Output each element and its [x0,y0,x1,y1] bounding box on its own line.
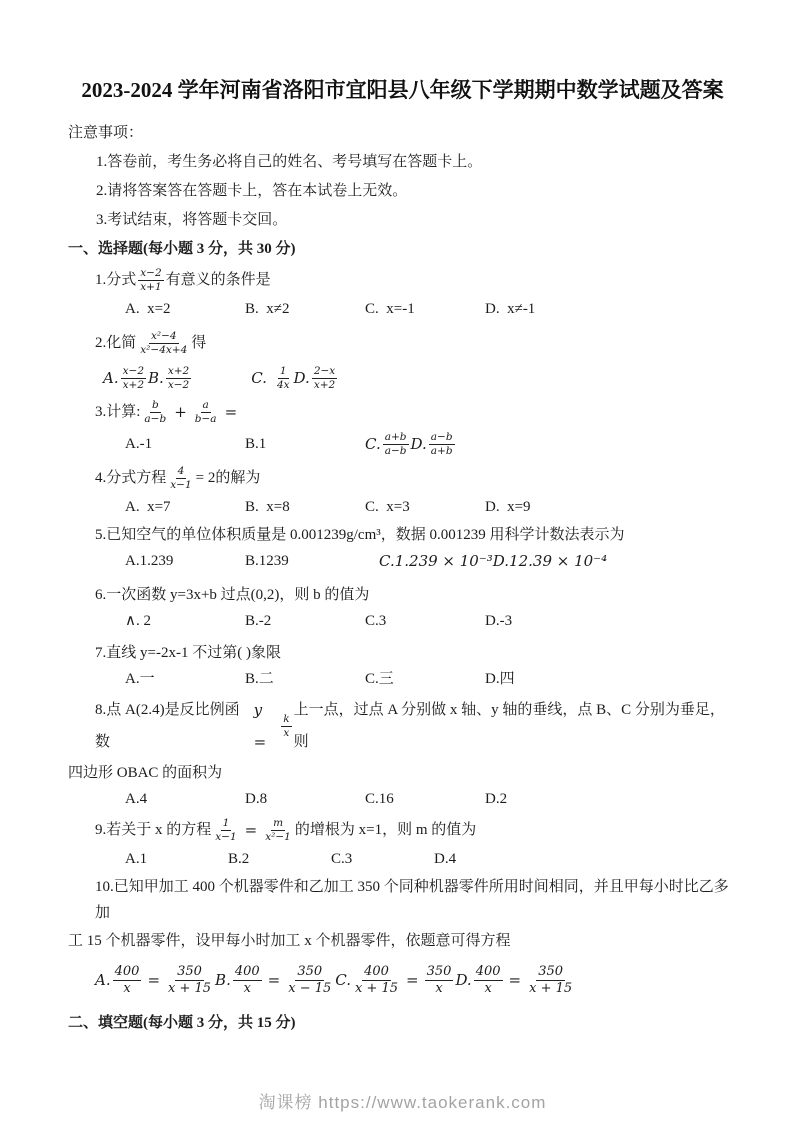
option-c: C.1.239 × 10⁻³ [379,548,493,574]
fraction-numerator: 400 [474,964,503,981]
q8-text-pre: 8.点 A(2.4)是反比例函数 [95,694,254,758]
q1-text-pre: 1.分式 [95,264,136,296]
option-c: C.16 [365,786,485,812]
page-title: 2023-2024 学年河南省洛阳市宜阳县八年级下学期期中数学试题及答案 [68,64,737,116]
equals-sign: = [268,958,281,1002]
question-6-stem: 6.一次函数 y=3x+b 过点(0,2)，则 b 的值为 [68,582,737,608]
note-item-2: 2.请将答案答在答题卡上，答在本试卷上无效。 [68,178,737,204]
fraction: 1x−1 [213,817,238,842]
notes-heading: 注意事项： [68,120,737,146]
option-d: D.12.39 × 10⁻⁴ [493,548,607,574]
q2-text-post: 得 [191,324,206,362]
question-1-stem: 1.分式x−2x+1有意义的条件是 [68,264,737,296]
equals-sign: = [147,958,160,1002]
option-b: D.8 [245,786,365,812]
note-item-3: 3.考试结束，将答题卡交回。 [68,207,737,233]
fraction: 350x + 15 [166,964,213,996]
fraction: x+2x−2 [166,365,191,390]
fraction-numerator: 400 [362,964,391,981]
option-d-label: D. [455,958,471,1002]
fraction-numerator: 350 [536,964,565,981]
fraction-numerator: x−2 [138,267,163,280]
q3-text-pre: 3.计算: [95,396,140,428]
fraction-denominator: x+2 [121,379,146,391]
fraction-denominator: a−b [383,445,409,457]
option-a: A. x=2 [125,296,245,322]
option-a: A. x=7 [125,494,245,520]
option-b: B. x=8 [245,494,365,520]
section-choice-heading: 一、选择题(每小题 3 分，共 30 分) [68,236,737,262]
question-8-stem-line2: 四边形 OBAC 的面积为 [68,760,737,786]
fraction: 4x−1 [168,465,193,490]
plus-sign: + [174,396,187,428]
q1-text-post: 有意义的条件是 [166,264,271,296]
option-b: B.1 [245,428,365,460]
fraction-numerator: a+b [383,431,409,444]
option-c: C. x=3 [365,494,485,520]
watermark-footer: 淘课榜 https://www.taokerank.com [68,1088,737,1113]
fraction-denominator: x [281,727,291,739]
note-item-1: 1.答卷前，考生务必将自己的姓名、考号填写在答题卡上。 [68,149,737,175]
fraction-numerator: x+2 [166,365,191,378]
fraction-numerator: 4 [176,465,187,478]
equals-sign: = [225,396,238,428]
fraction: 350x − 15 [286,964,333,996]
fraction-denominator: x−2 [166,379,191,391]
option-c-label: C. [335,958,351,1002]
question-4-stem: 4.分式方程4x−1= 2的解为 [68,462,737,494]
option-b: B.二 [245,666,365,692]
fraction: 400x [113,964,142,996]
question-5-stem: 5.已知空气的单位体积质量是 0.001239g/cm³，数据 0.001239… [68,522,737,548]
fraction: 350x [425,964,454,996]
question-2-stem: 2.化简x²−4x²−4x+4得 [68,324,737,362]
q9-text-pre: 9.若关于 x 的方程 [95,814,211,846]
fraction-numerator: b [150,399,161,412]
equals-sign: = [509,958,522,1002]
option-c: C. x=-1 [365,296,485,322]
q8-text-post: 上一点，过点 A 分别做 x 轴、y 轴的垂线，点 B、C 分别为垂足，则 [294,694,737,758]
fraction-numerator: 1 [278,365,289,378]
fraction: x²−4x²−4x+4 [138,330,189,355]
fraction: a−ba+b [429,431,455,456]
question-7-options: A.一 B.二 C.三 D.四 [68,666,737,692]
fraction-numerator: 400 [113,964,142,981]
fraction: x−2x+1 [138,267,163,292]
option-b-label: B. [148,362,164,394]
fraction: kx [281,713,291,738]
option-d: D. x=9 [485,494,605,520]
option-b: B.1239 [245,548,379,574]
fraction-numerator: 2−x [312,365,337,378]
fraction-denominator: x + 15 [527,981,574,997]
question-7-stem: 7.直线 y=-2x-1 不过第( )象限 [68,640,737,666]
question-8-stem-line1: 8.点 A(2.4)是反比例函数y =kx上一点，过点 A 分别做 x 轴、y … [68,694,737,758]
option-d: D.-3 [485,608,605,634]
option-b: B. x≠2 [245,296,365,322]
fraction-denominator: a−b [142,413,168,425]
question-9-stem: 9.若关于 x 的方程1x−1=mx²−1的增根为 x=1，则 m 的值为 [68,814,737,846]
fraction: 400x [474,964,503,996]
fraction-numerator: k [281,713,291,726]
q4-text-post: = 2的解为 [196,462,261,494]
fraction: ba−b [142,399,168,424]
option-c: C.3 [365,608,485,634]
question-4-options: A. x=7 B. x=8 C. x=3 D. x=9 [68,494,737,520]
option-d: D.4 [434,846,537,872]
question-9-options: A.1 B.2 C.3 D.4 [68,846,737,872]
option-a-label: A. [103,362,119,394]
option-a-label: A. [95,958,111,1002]
q4-text-pre: 4.分式方程 [95,462,166,494]
fraction-numerator: 400 [233,964,262,981]
fraction-denominator: x−1 [213,831,238,843]
option-c-label: C. [365,428,381,460]
question-1-options: A. x=2 B. x≠2 C. x=-1 D. x≠-1 [68,296,737,322]
option-d-label: D. [294,362,310,394]
fraction: ab−a [193,399,219,424]
question-6-options: ∧. 2 B.-2 C.3 D.-3 [68,608,737,634]
fraction-numerator: x²−4 [149,330,179,343]
fraction: a+ba−b [383,431,409,456]
question-2-options: A.x−2x+2 B.x+2x−2 C.14x D.2−xx+2 [68,362,737,394]
fraction-denominator: 4x [275,379,292,391]
option-d: D. x≠-1 [485,296,605,322]
option-d-label: D. [411,428,427,460]
fraction: mx²−1 [263,817,293,842]
fraction-denominator: x [482,981,493,997]
exam-document: 2023-2024 学年河南省洛阳市宜阳县八年级下学期期中数学试题及答案 注意事… [0,0,793,1113]
q2-text-pre: 2.化简 [95,324,136,362]
question-8-options: A.4 D.8 C.16 D.2 [68,786,737,812]
fraction-denominator: x + 15 [353,981,400,997]
question-10-stem-line2: 工 15 个机器零件，设甲每小时加工 x 个机器零件，依题意可得方程 [68,928,737,954]
fraction-numerator: 350 [295,964,324,981]
fraction-denominator: x + 15 [166,981,213,997]
option-b: B.2 [228,846,331,872]
fraction-numerator: a [201,399,211,412]
option-a: ∧. 2 [125,608,245,634]
option-a: A.4 [125,786,245,812]
fraction-denominator: x²−4x+4 [138,344,189,356]
option-c-label: C. [251,362,267,394]
question-3-options: A.-1 B.1 C.a+ba−b D.a−ba+b [68,428,737,460]
fraction: 350x + 15 [527,964,574,996]
fraction: 14x [275,365,292,390]
fraction-denominator: x [121,981,132,997]
option-b-label: B. [215,958,231,1002]
fraction-denominator: x [433,981,444,997]
fraction-denominator: x²−1 [263,831,293,843]
option-c: C.3 [331,846,434,872]
fraction-numerator: 350 [175,964,204,981]
fraction: 400x + 15 [353,964,400,996]
fraction: 400x [233,964,262,996]
option-d: D.2 [485,786,605,812]
fraction-denominator: x − 15 [286,981,333,997]
fraction-denominator: x [242,981,253,997]
fraction-denominator: a+b [429,445,455,457]
question-10-options: A.400x=350x + 15 B.400x=350x − 15 C.400x… [68,958,737,1002]
fraction: 2−xx+2 [312,365,337,390]
option-a: A.1 [125,846,228,872]
fraction-numerator: 350 [425,964,454,981]
option-b: B.-2 [245,608,365,634]
q9-text-post: 的增根为 x=1，则 m 的值为 [295,814,476,846]
fraction-numerator: x−2 [121,365,146,378]
fraction-numerator: m [271,817,285,830]
option-a: A.一 [125,666,245,692]
question-10-stem-line1: 10.已知甲加工 400 个机器零件和乙加工 350 个同种机器零件所用时间相同… [68,874,737,926]
fraction: x−2x+2 [121,365,146,390]
option-c: C.三 [365,666,485,692]
q8-y-equals: y = [254,694,280,758]
section-fill-heading: 二、填空题(每小题 3 分，共 15 分) [68,1010,737,1036]
option-d: D.四 [485,666,605,692]
fraction-denominator: x+2 [312,379,337,391]
fraction-numerator: 1 [221,817,232,830]
fraction-denominator: b−a [193,413,219,425]
fraction-denominator: x−1 [168,479,193,491]
fraction-denominator: x+1 [138,281,163,293]
question-3-stem: 3.计算: ba−b+ab−a= [68,396,737,428]
equals-sign: = [245,814,258,846]
equals-sign: = [406,958,419,1002]
question-5-options: A.1.239 B.1239 C.1.239 × 10⁻³ D.12.39 × … [68,548,737,574]
option-a: A.1.239 [125,548,245,574]
option-a: A.-1 [125,428,245,460]
fraction-numerator: a−b [429,431,455,444]
